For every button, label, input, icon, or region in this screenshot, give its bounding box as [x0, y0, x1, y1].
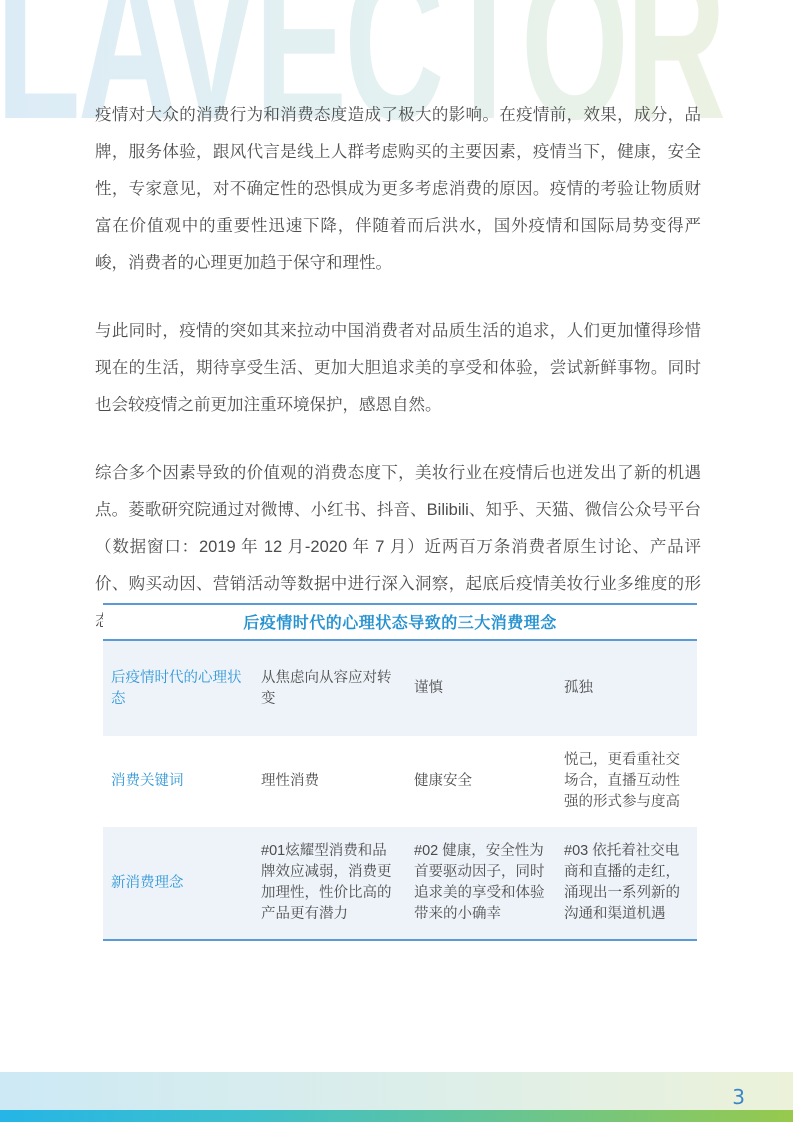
table-title: 后疫情时代的心理状态导致的三大消费理念 [103, 603, 697, 641]
table-cell: 谨慎 [408, 641, 558, 736]
table-row: 消费关键词 理性消费 健康安全 悦己，更看重社交场合，直播互动性强的形式参与度高 [103, 736, 697, 827]
table-cell: 孤独 [558, 641, 697, 736]
table-cell: #02 健康，安全性为首要驱动因子，同时追求美的享受和体验带来的小确幸 [408, 827, 558, 940]
table-cell: 从焦虑向从容应对转变 [255, 641, 408, 736]
table-row: 新消费理念 #01炫耀型消费和品牌效应减弱，消费更加理性，性价比高的产品更有潜力… [103, 827, 697, 940]
table-body: 后疫情时代的心理状态 从焦虑向从容应对转变 谨慎 孤独 消费关键词 理性消费 健… [103, 641, 697, 941]
row-header-keywords: 消费关键词 [103, 736, 255, 827]
table-cell: 悦己，更看重社交场合，直播互动性强的形式参与度高 [558, 736, 697, 827]
table-cell: 理性消费 [255, 736, 408, 827]
table-cell: #03 依托着社交电商和直播的走红，涌现出一系列新的沟通和渠道机遇 [558, 827, 697, 940]
table-cell: #01炫耀型消费和品牌效应减弱，消费更加理性，性价比高的产品更有潜力 [255, 827, 408, 940]
paragraph-quality-life: 与此同时，疫情的突如其来拉动中国消费者对品质生活的追求，人们更加懂得珍惜现在的生… [95, 313, 701, 424]
page-number: 3 [732, 1087, 793, 1110]
row-header-mindset: 后疫情时代的心理状态 [103, 641, 255, 736]
report-page: LAVECTOR 疫情对大众的消费行为和消费态度造成了极大的影响。在疫情前，效果… [0, 0, 793, 1122]
paragraph-epidemic-impact: 疫情对大众的消费行为和消费态度造成了极大的影响。在疫情前，效果，成分，品牌，服务… [95, 97, 701, 282]
consumption-concepts-table: 后疫情时代的心理状态导致的三大消费理念 后疫情时代的心理状态 从焦虑向从容应对转… [103, 603, 697, 941]
footer-accent-bar [0, 1110, 793, 1122]
table-row: 后疫情时代的心理状态 从焦虑向从容应对转变 谨慎 孤独 [103, 641, 697, 736]
page-body: 疫情对大众的消费行为和消费态度造成了极大的影响。在疫情前，效果，成分，品牌，服务… [95, 97, 701, 671]
footer-gradient-band: 3 [0, 1072, 793, 1110]
row-header-new-concepts: 新消费理念 [103, 827, 255, 940]
table-cell: 健康安全 [408, 736, 558, 827]
